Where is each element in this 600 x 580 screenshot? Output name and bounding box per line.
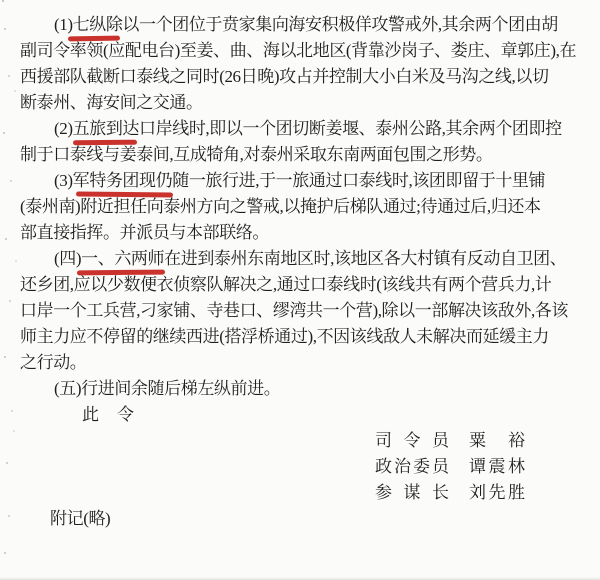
signature-row: 司令员粟裕	[375, 428, 594, 454]
text-line: 师主力应不停留的继续西进(搭浮桥通过),不因该线敌人未解决而延缓主力	[20, 324, 594, 350]
signature-row: 参谋长刘先胜	[375, 480, 594, 506]
text-line: (2)五旅到达口岸线时,即以一个团切断姜堰、泰州公路,其余两个团即控	[20, 116, 594, 142]
signature-row: 政治委员谭震林	[375, 454, 594, 480]
text-line: 制于口泰线与姜泰间,互成犄角,对泰州采取东南两面包围之形势。	[20, 142, 594, 168]
text-line: (四)一、六两师在进到泰州东南地区时,该地区各大村镇有反动自卫团、	[20, 246, 594, 272]
text-line: (3)军特务团现仍随一旅行进,于一旅通过口泰线时,该团即留于十里铺	[20, 168, 594, 194]
red-underline-mark	[68, 36, 120, 42]
text-line: 断泰州、海安间之交通。	[20, 90, 594, 116]
text-line: (五)行进间余随后梯左纵前进。	[20, 376, 594, 402]
signature-name: 粟裕	[469, 428, 525, 454]
signature-title: 司令员	[375, 428, 449, 454]
text-line: (泰州南)附近担任向泰州方向之警戒,以掩护后梯队通过;待通过后,归还本	[20, 194, 594, 220]
text-line: (1)七纵除以一个团位于贲家集向海安积极佯攻警戒外,其余两个团由胡	[20, 12, 594, 38]
appendix-note: 附记(略)	[20, 506, 594, 532]
closing-phrase: 此 令	[20, 402, 594, 428]
text-line: 之行动。	[20, 350, 594, 376]
signature-name: 刘先胜	[469, 480, 525, 506]
signature-block: 司令员粟裕政治委员谭震林参谋长刘先胜	[375, 428, 594, 506]
signature-title: 政治委员	[375, 454, 449, 480]
red-underline-mark	[73, 140, 137, 146]
paragraphs: (1)七纵除以一个团位于贲家集向海安积极佯攻警戒外,其余两个团由胡副司令率领(应…	[20, 12, 594, 402]
text-line: 西援部队截断口泰线之同时(26日晚)攻占并控制大小白米及马沟之线,以切	[20, 64, 594, 90]
red-underline-mark	[76, 191, 173, 197]
scan-noise	[2, 0, 4, 2]
text-line: 口岸一个工兵营,刁家铺、寺巷口、缪湾共一个营),除以一部解决该敌外,各该	[20, 298, 594, 324]
signature-name: 谭震林	[469, 454, 525, 480]
signature-title: 参谋长	[375, 480, 449, 506]
text-line: 部直接指挥。并派员与本部联络。	[20, 220, 594, 246]
text-line: 副司令率领(应配电台)至姜、曲、海以北地区(背靠沙岗子、娄庄、章郭庄),在	[20, 38, 594, 64]
text-line: 还乡团,应以少数便衣侦察队解决之,通过口泰线时(该线共有两个营兵力,计	[20, 272, 594, 298]
red-underline-mark	[77, 270, 165, 276]
